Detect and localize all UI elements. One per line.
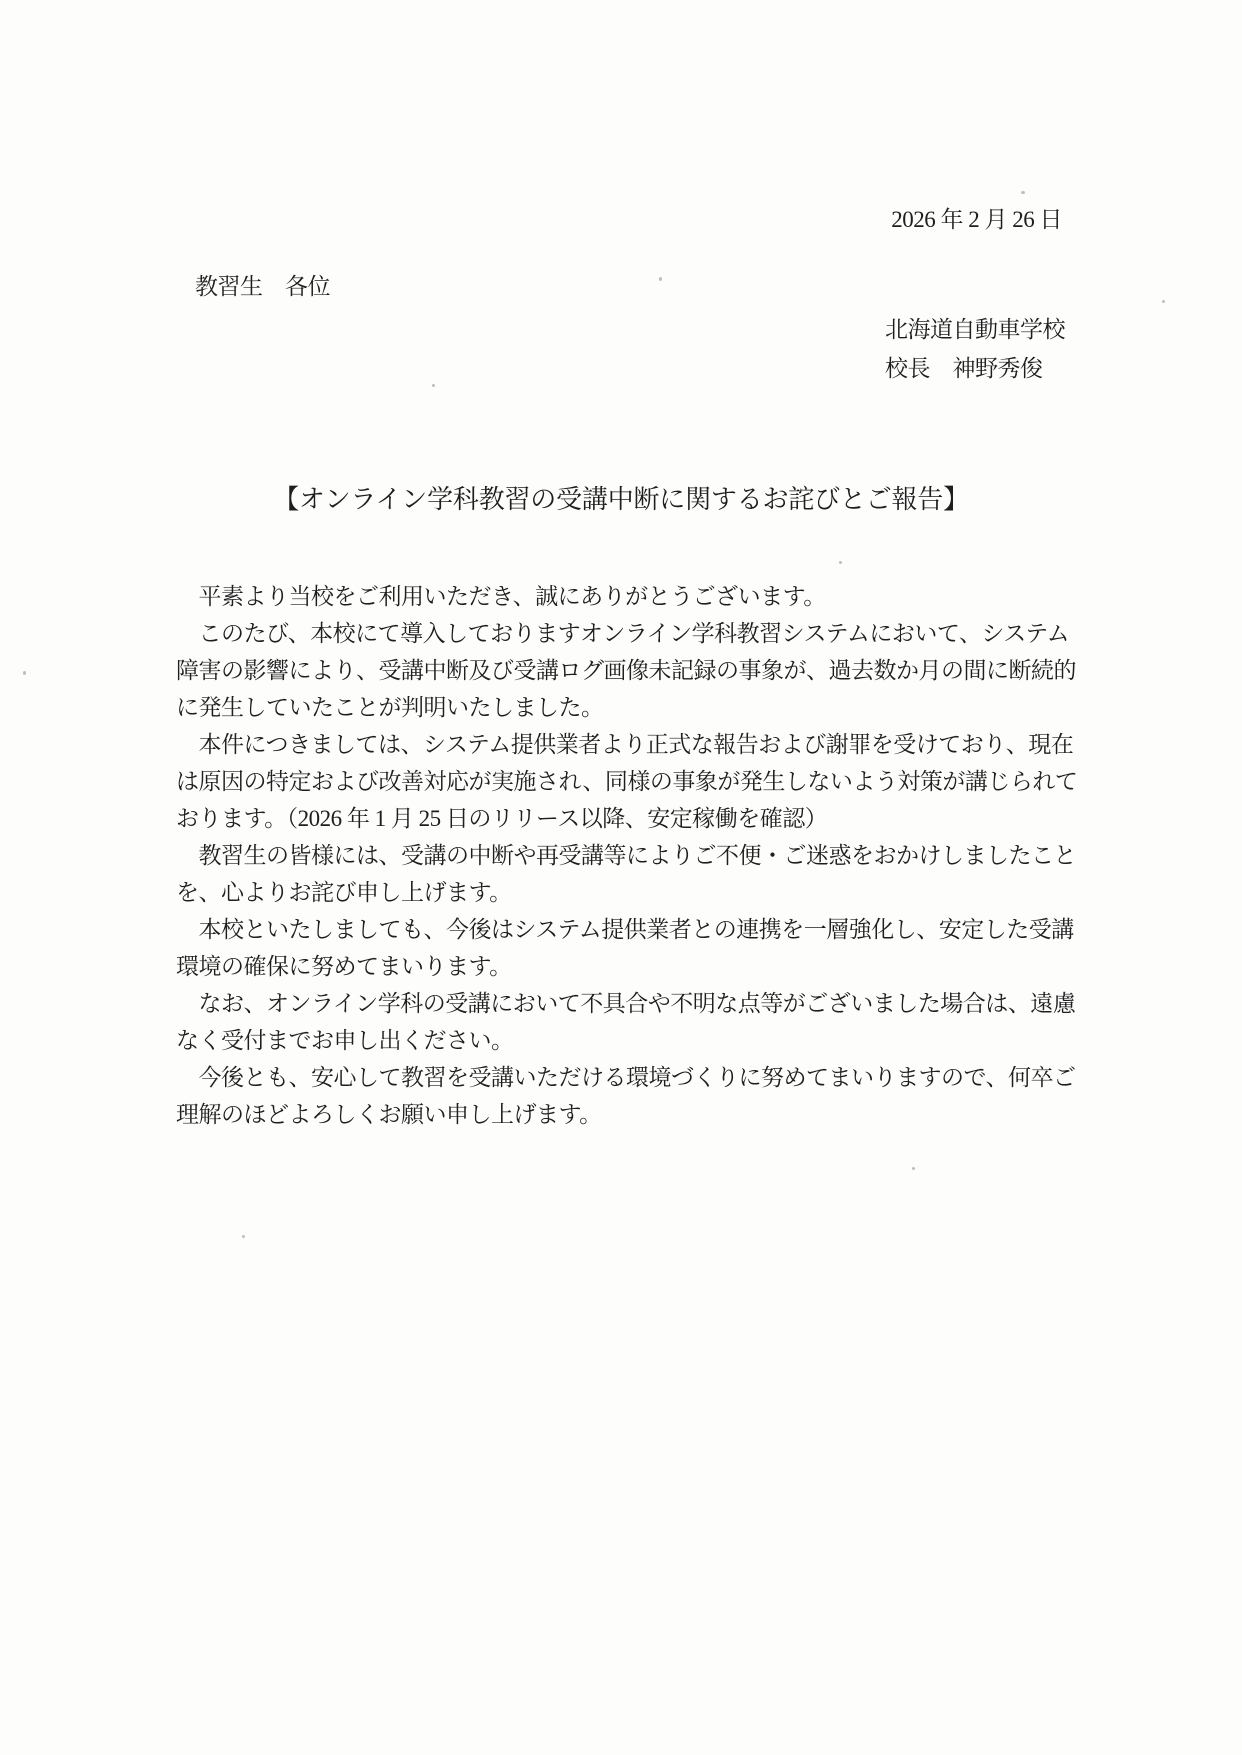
scan-speck	[1021, 191, 1025, 194]
body-line: このたび、本校にて導入しておりますオンライン学科教習システムにおいて、システム	[176, 615, 1091, 652]
scan-speck	[839, 561, 842, 564]
body-line: 障害の影響により、受講中断及び受講ログ画像未記録の事象が、過去数か月の間に断続的	[176, 652, 1091, 689]
scan-speck	[242, 1235, 245, 1238]
letter-title: 【オンライン学科教習の受講中断に関するお詫びとご報告】	[0, 484, 1242, 516]
scan-speck	[23, 671, 26, 675]
body-line: は原因の特定および改善対応が実施され、同様の事象が発生しないよう対策が講じられて	[176, 763, 1091, 800]
sender-organization: 北海道自動車学校	[885, 310, 1065, 349]
scan-speck	[1162, 300, 1165, 303]
body-line: 今後とも、安心して教習を受講いただける環境づくりに努めてまいりますので、何卒ご	[176, 1059, 1091, 1096]
sender-block: 北海道自動車学校 校長 神野秀俊	[885, 310, 1065, 388]
body-line: おります。（2026 年 1 月 25 日のリリース以降、安定稼働を確認）	[176, 800, 1091, 837]
body-line: に発生していたことが判明いたしました。	[176, 689, 1091, 726]
sender-signer: 校長 神野秀俊	[885, 349, 1065, 388]
body-line: 教習生の皆様には、受講の中断や再受講等によりご不便・ご迷惑をおかけしましたこと	[176, 837, 1091, 874]
scan-speck	[432, 384, 435, 387]
letter-page: 2026 年 2 月 26 日 教習生 各位 北海道自動車学校 校長 神野秀俊 …	[0, 0, 1242, 1755]
body-line: 平素より当校をご利用いただき、誠にありがとうございます。	[176, 578, 1091, 615]
body-line: 本件につきましては、システム提供業者より正式な報告および謝罪を受けており、現在	[176, 726, 1091, 763]
body-line: 本校といたしましても、今後はシステム提供業者との連携を一層強化し、安定した受講	[176, 911, 1091, 948]
recipient-line: 教習生 各位	[195, 273, 330, 301]
body-line: 環境の確保に努めてまいります。	[176, 948, 1091, 985]
body-line: なお、オンライン学科の受講において不具合や不明な点等がございました場合は、遠慮	[176, 985, 1091, 1022]
letter-body: 平素より当校をご利用いただき、誠にありがとうございます。 このたび、本校にて導入…	[176, 578, 1091, 1133]
date-line: 2026 年 2 月 26 日	[891, 206, 1062, 234]
scan-speck	[659, 277, 662, 281]
body-line: を、心よりお詫び申し上げます。	[176, 874, 1091, 911]
body-line: なく受付までお申し出ください。	[176, 1022, 1091, 1059]
body-line: 理解のほどよろしくお願い申し上げます。	[176, 1096, 1091, 1133]
scan-speck	[912, 1167, 915, 1170]
